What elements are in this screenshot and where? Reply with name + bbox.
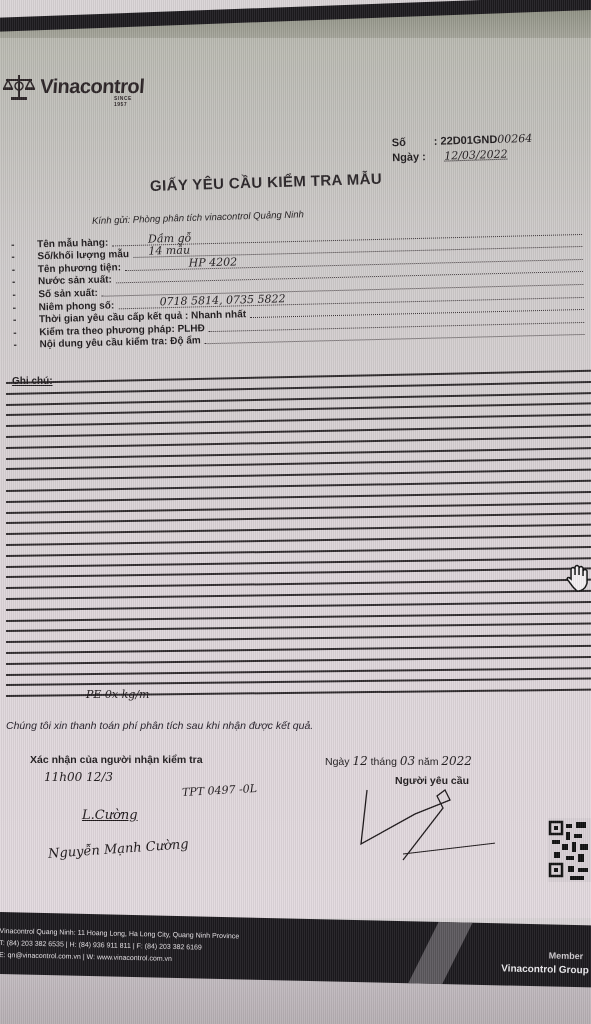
ruled-line — [6, 546, 591, 557]
bullet-dash: - — [10, 314, 39, 326]
bullet-dash: - — [11, 340, 40, 352]
ruled-line — [6, 524, 591, 535]
ruled-line — [6, 425, 591, 438]
day-value: 12 — [352, 754, 367, 768]
document-number-block: Số : 22D01GND 00264 Ngày : 12/03/2022 — [392, 132, 533, 166]
ruled-line — [6, 678, 591, 686]
ruled-line — [6, 590, 591, 600]
receiver-time-note: 11h00 12/3 — [44, 770, 113, 784]
ruled-line — [6, 579, 591, 589]
footer-group-label: Vinacontrol Group — [501, 963, 589, 976]
scales-icon — [2, 72, 36, 102]
bullet-dash: - — [10, 302, 39, 314]
month-value: 03 — [400, 754, 415, 768]
requester-signature — [355, 782, 495, 862]
ruled-line — [6, 480, 591, 492]
footer-contact: Vinacontrol Quang Ninh: 11 Hoang Long, H… — [0, 926, 239, 967]
notes-ruled-lines — [0, 382, 591, 712]
bullet-dash: - — [9, 277, 38, 289]
footer-stripe — [399, 922, 472, 988]
ruled-line — [6, 557, 591, 567]
ruled-line — [6, 403, 591, 416]
bullet-dash: - — [8, 251, 37, 263]
receiver-signature: L.Cường — [82, 808, 138, 823]
request-fields: -Tên mẫu hàng:Dầm gỗ-Số/khối lượng mẫu14… — [8, 224, 591, 351]
ruled-line — [6, 436, 591, 449]
ruled-line — [6, 381, 591, 395]
ruled-line — [6, 535, 591, 546]
ruled-line — [6, 491, 591, 503]
notes-label: Ghi chú: — [12, 376, 53, 387]
request-date-line: Ngày 12 tháng 03 năm 2022 — [325, 754, 472, 768]
bullet-dash: - — [9, 264, 38, 276]
footer-member-label: Member — [549, 950, 584, 961]
number-handwritten: 00264 — [497, 132, 532, 146]
bullet-dash: - — [10, 327, 39, 339]
ruled-line — [6, 656, 591, 665]
bullet-dash: - — [8, 239, 37, 251]
number-label: Số — [392, 136, 434, 149]
field-value-handwritten: 0718 5814, 0735 5822 — [159, 292, 285, 308]
payment-statement: Chúng tôi xin thanh toán phí phân tích s… — [6, 720, 313, 732]
ruled-line — [6, 667, 591, 675]
field-value-handwritten: 14 mẫu — [148, 244, 190, 258]
ruled-line — [6, 601, 591, 611]
bullet-dash: - — [9, 289, 38, 301]
field-value-handwritten: HP 4202 — [189, 255, 238, 269]
ruled-line — [6, 414, 591, 427]
ruled-line — [6, 502, 591, 513]
day-label: Ngày — [325, 756, 350, 768]
ruled-line — [6, 458, 591, 470]
ruled-line — [6, 623, 591, 632]
ruled-line — [6, 447, 591, 460]
date-label: Ngày : — [392, 151, 434, 164]
company-tagline: SINCE 1957 — [114, 96, 144, 108]
ruled-line — [6, 568, 591, 578]
month-label: tháng — [371, 756, 397, 768]
qr-code — [548, 818, 591, 882]
ruled-line — [6, 612, 591, 621]
hand-cursor-icon — [565, 563, 591, 593]
date-value: 12/03/2022 — [444, 148, 508, 163]
ruled-line — [6, 469, 591, 481]
year-label: năm — [418, 756, 438, 768]
number-value: 22D01GND — [440, 134, 497, 148]
ruled-line — [6, 513, 591, 524]
notes-handwritten: PE 0x kg/m — [86, 688, 149, 701]
year-value: 2022 — [441, 754, 472, 768]
company-logo: Vinacontrol SINCE 1957 — [2, 72, 144, 102]
ruled-line — [6, 645, 591, 654]
receiver-heading: Xác nhận của người nhận kiểm tra — [30, 754, 203, 766]
ruled-line — [6, 634, 591, 643]
